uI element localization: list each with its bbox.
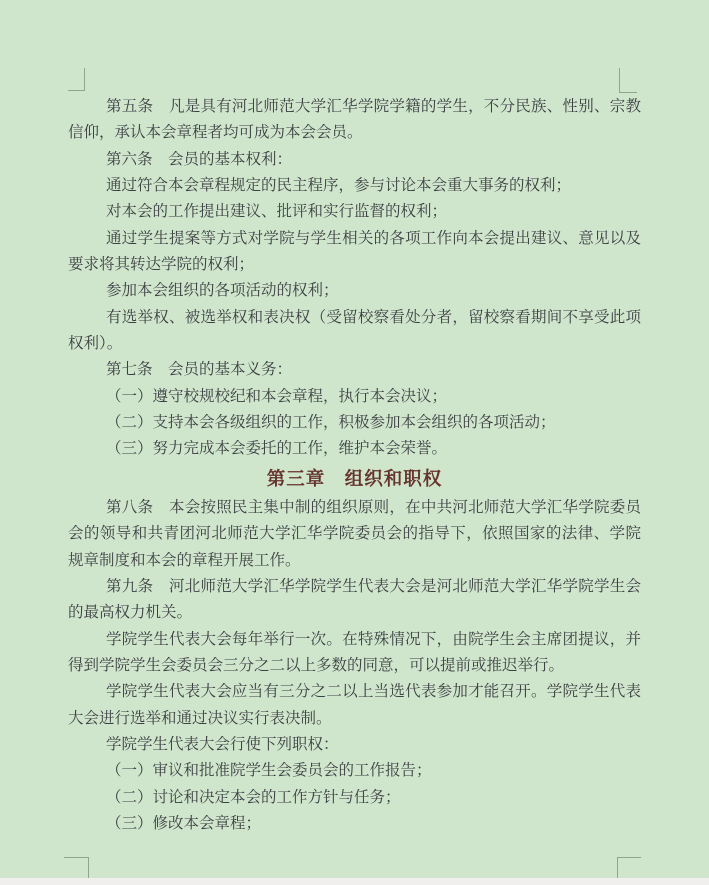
body-paragraph: （一）遵守校规校纪和本会章程，执行本会决议； [68,384,641,410]
body-paragraph: 学院学生代表大会应当有三分之二以上当选代表参加才能召开。学院学生代表大会进行选举… [68,679,641,732]
body-paragraph: （三）努力完成本会委托的工作，维护本会荣誉。 [68,436,641,462]
page-edge-strip [0,878,709,885]
body-paragraph: 通过符合本会章程规定的民主程序，参与讨论本会重大事务的权利； [68,173,641,199]
body-paragraph: （三）修改本会章程； [68,811,641,837]
crop-mark-top-left [68,68,85,91]
body-paragraph: 对本会的工作提出建议、批评和实行监督的权利； [68,199,641,225]
body-paragraph: 第六条 会员的基本权利： [68,147,641,173]
body-paragraph: 学院学生代表大会每年举行一次。在特殊情况下，由院学生会主席团提议，并得到学院学生… [68,627,641,680]
body-paragraph: 第七条 会员的基本义务： [68,357,641,383]
body-paragraph: 学院学生代表大会行使下列职权： [68,732,641,758]
body-paragraph: 通过学生提案等方式对学院与学生相关的各项工作向本会提出建议、意见以及要求将其转达… [68,226,641,279]
body-paragraph: 参加本会组织的各项活动的权利； [68,278,641,304]
document-page: 第五条 凡是具有河北师范大学汇华学院学籍的学生，不分民族、性别、宗教信仰，承认本… [0,0,709,885]
crop-mark-bottom-left [64,857,89,880]
crop-mark-top-right [619,68,637,93]
body-paragraph: （一）审议和批准院学生会委员会的工作报告； [68,758,641,784]
document-text-area: 第五条 凡是具有河北师范大学汇华学院学籍的学生，不分民族、性别、宗教信仰，承认本… [68,94,641,837]
body-paragraph: （二）讨论和决定本会的工作方针与任务； [68,785,641,811]
body-paragraph: 第五条 凡是具有河北师范大学汇华学院学籍的学生，不分民族、性别、宗教信仰，承认本… [68,94,641,147]
body-paragraph: 有选举权、被选举权和表决权（受留校察看处分者，留校察看期间不享受此项权利）。 [68,305,641,358]
crop-mark-bottom-right [617,857,641,878]
body-paragraph: 第九条 河北师范大学汇华学院学生代表大会是河北师范大学汇华学院学生会的最高权力机… [68,574,641,627]
body-paragraph: （二）支持本会各级组织的工作，积极参加本会组织的各项活动； [68,410,641,436]
body-paragraph: 第八条 本会按照民主集中制的组织原则，在中共河北师范大学汇华学院委员会的领导和共… [68,495,641,574]
chapter-heading: 第三章 组织和职权 [68,463,641,495]
